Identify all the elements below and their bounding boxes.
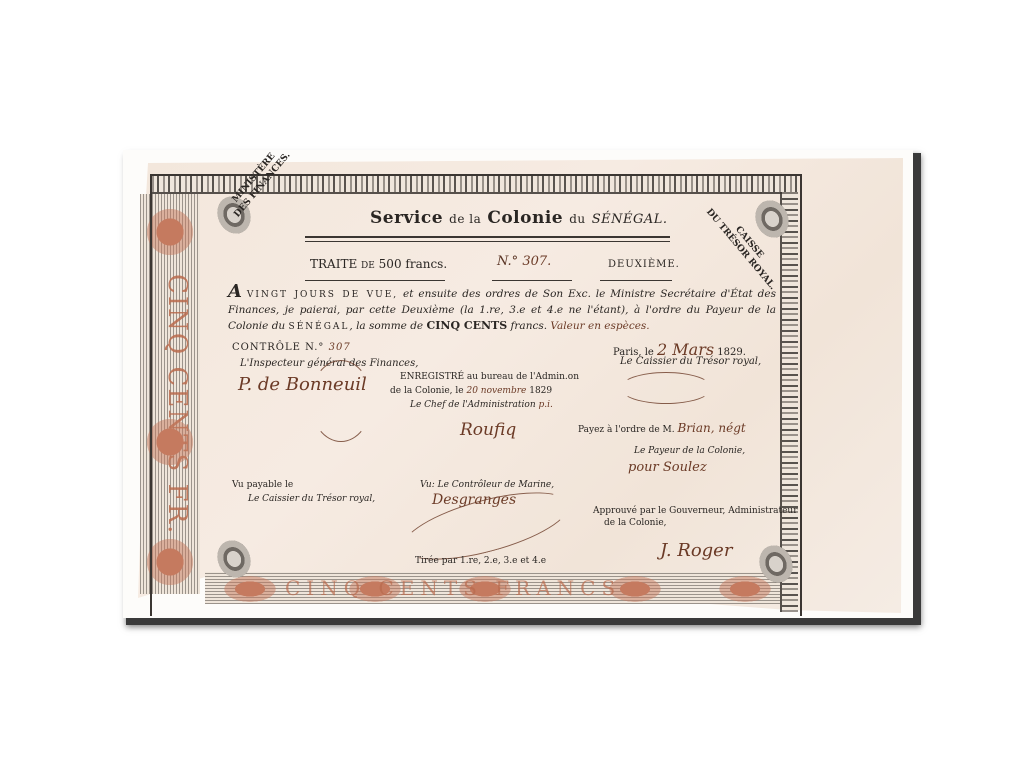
gouverneur-signature: J. Roger — [660, 540, 732, 561]
underline — [600, 280, 672, 281]
enregistre-line1: ENREGISTRÉ au bureau de l'Admin.on — [400, 372, 579, 382]
document-title: Service de la Colonie du SÉNÉGAL. — [370, 208, 668, 228]
payeur-label: Le Payeur de la Colonie, — [634, 446, 745, 456]
payeur-signature: pour Soulez — [628, 460, 707, 475]
controle-number: CONTRÔLE N.° 307 — [232, 342, 351, 353]
signature-flourish — [310, 360, 372, 442]
chef-administration-label: Le Chef de l'Administration p.i. — [410, 400, 553, 410]
payez-ordre: Payez à l'ordre de M. Brian, négt — [578, 421, 746, 435]
caissier-label: Le Caissier du Trésor royal, — [620, 356, 761, 367]
copy-designation: DEUXIÈME. — [608, 259, 680, 270]
vu-caissier-label: Le Caissier du Trésor royal, — [248, 494, 375, 504]
approuve-line2: de la Colonie, — [604, 518, 667, 528]
vu-controleur-label: Vu: Le Contrôleur de Marine, — [420, 480, 554, 490]
approuve-line1: Approuvé par le Gouverneur, Administrate… — [593, 506, 798, 516]
caissier-signature-flourish — [620, 372, 712, 404]
chef-signature: Roufiq — [460, 420, 516, 440]
bill-body-text: A VINGT JOURS DE VUE, et ensuite des ord… — [228, 284, 776, 335]
tiree-par: Tirée par 1.re, 2.e, 3.e et 4.e — [415, 556, 546, 566]
underline — [492, 280, 572, 281]
vu-payable-label: Vu payable le — [232, 480, 293, 490]
enregistre-line2: de la Colonie, le 20 novembre 1829 — [390, 386, 552, 396]
traite-amount: TRAITE DE 500 francs. — [310, 257, 447, 271]
title-rule — [305, 236, 670, 242]
traite-number: N.° 307. — [497, 254, 551, 269]
underline — [305, 280, 445, 281]
